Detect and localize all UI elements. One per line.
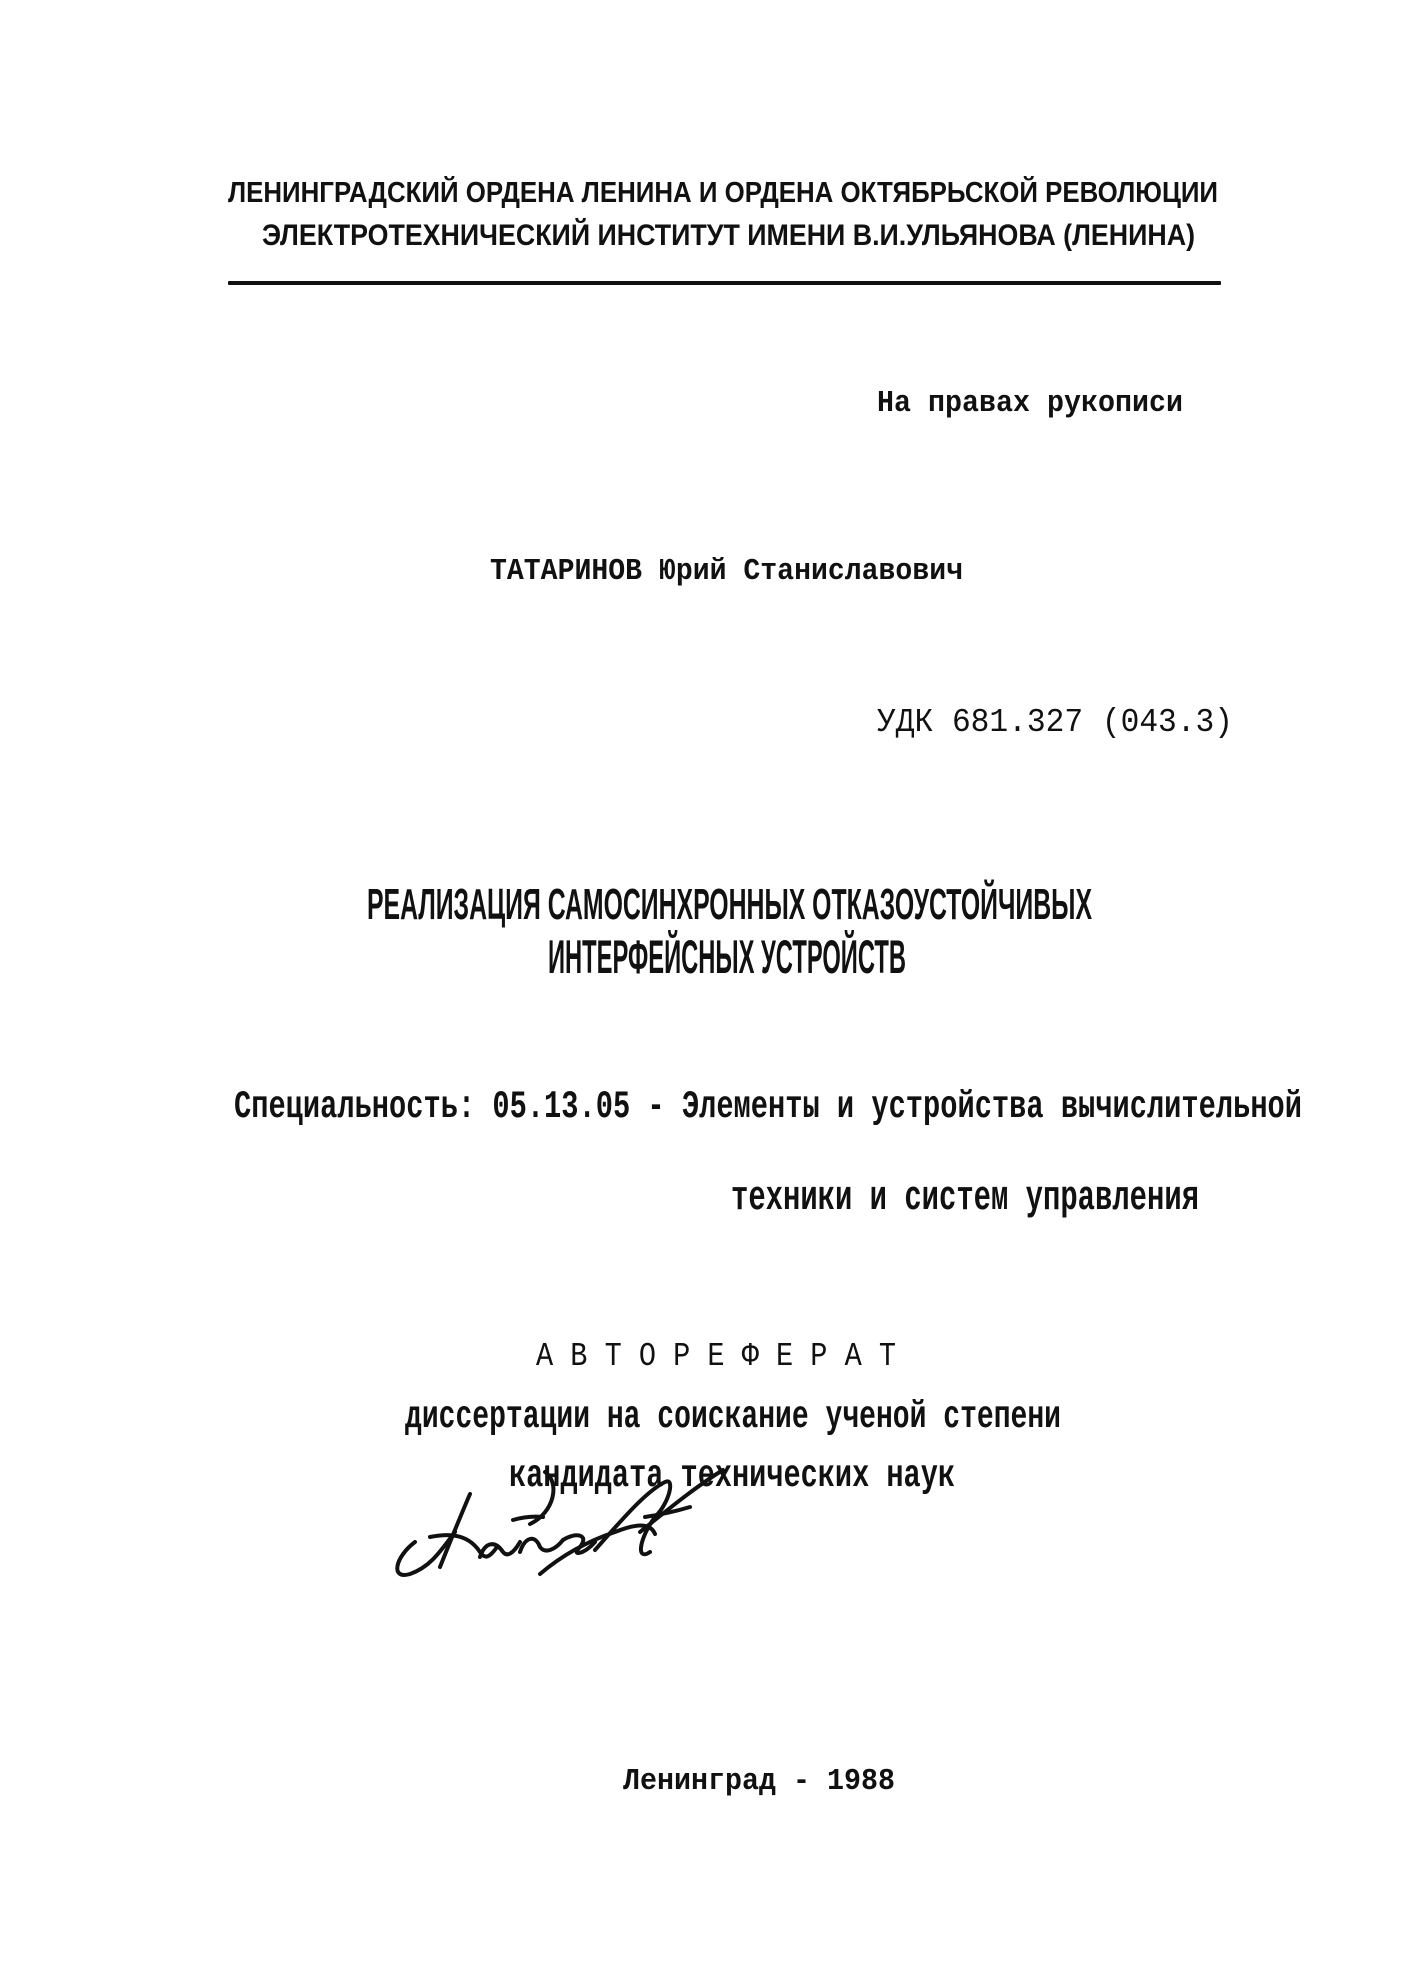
udc-code: УДК 681.327 (043.3) [877, 706, 1233, 739]
institute-name-line-2: ЭЛЕКТРОТЕХНИЧЕСКИЙ ИНСТИТУТ ИМЕНИ В.И.УЛ… [262, 221, 1195, 251]
place-and-year: Ленинград - 1988 [623, 1766, 895, 1797]
author-name: ТАТАРИНОВ Юрий Станиславович [490, 556, 963, 587]
institute-name-line-1: ЛЕНИНГРАДСКИЙ ОРДЕНА ЛЕНИНА И ОРДЕНА ОКТ… [228, 179, 1218, 208]
abstract-heading: А В Т О Р Е Ф Е Р А Т [536, 1340, 896, 1373]
signature-icon [385, 1462, 725, 1587]
specialty-line-1: Специальность: 05.13.05 - Элементы и уст… [234, 1088, 1302, 1127]
specialty-line-2: техники и систем управления [731, 1177, 1199, 1219]
abstract-line-1: диссертации на соискание ученой степени [405, 1398, 1061, 1437]
header-divider [228, 281, 1221, 285]
dissertation-title-line-1: РЕАЛИЗАЦИЯ САМОСИНХРОННЫХ ОТКАЗОУСТОЙЧИВ… [367, 883, 1092, 927]
manuscript-note: На правах рукописи [877, 388, 1183, 419]
dissertation-title-line-2: ИНТЕРФЕЙСНЫХ УСТРОЙСТВ [548, 933, 906, 980]
